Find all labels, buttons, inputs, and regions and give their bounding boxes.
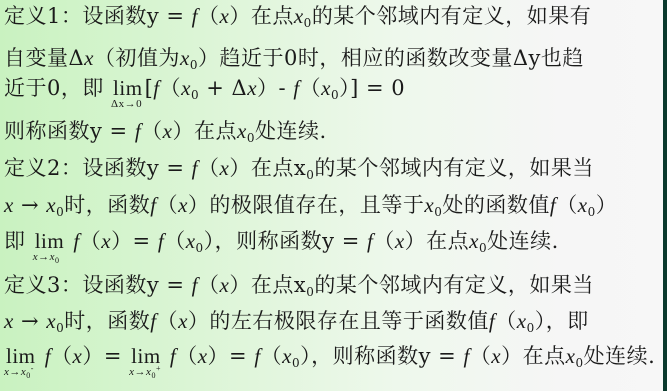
definition-2-line-2: x → x0时，函数f（x）的极限值存在，且等于x0处的函数值f（x0）: [4, 192, 617, 218]
definition-3-line-3-one-sided-limits: limx→x0- f（x）= limx→x0+ f（x）= f（x0），则称函数…: [4, 343, 655, 369]
definition-2-line-1: 定义2：设函数y = f（x）在点x0的某个邻域内有定义，如果当: [4, 155, 594, 181]
definition-1-line-3-limit-equation: 近于0，即 limΔx→0[f（x0 + Δx）- f（x0）] = 0: [4, 75, 405, 101]
definition-3-line-1: 定义3：设函数y = f（x）在点x0的某个邻域内有定义，如果当: [4, 272, 594, 298]
slide-right-edge-border: [663, 0, 667, 391]
definition-1-line-1: 定义1：设函数y = f（x）在点x0的某个邻域内有定义，如果有: [4, 3, 591, 29]
definition-3-line-2: x → x0时，函数f（x）的左右极限存在且等于函数值f（x0），即: [4, 308, 589, 334]
definition-1-line-4-conclusion: 则称函数y = f（x）在点x0处连续.: [4, 118, 327, 144]
slide-background: 定义1：设函数y = f（x）在点x0的某个邻域内有定义，如果有 自变量Δx（初…: [0, 0, 663, 391]
definition-2-line-3-limit-equation: 即 limx→x0 f（x）= f（x0），则称函数y = f（x）在点x0处连…: [4, 228, 559, 254]
definition-1-line-2: 自变量Δx（初值为x0）趋近于0时，相应的函数改变量Δy也趋: [4, 45, 584, 71]
